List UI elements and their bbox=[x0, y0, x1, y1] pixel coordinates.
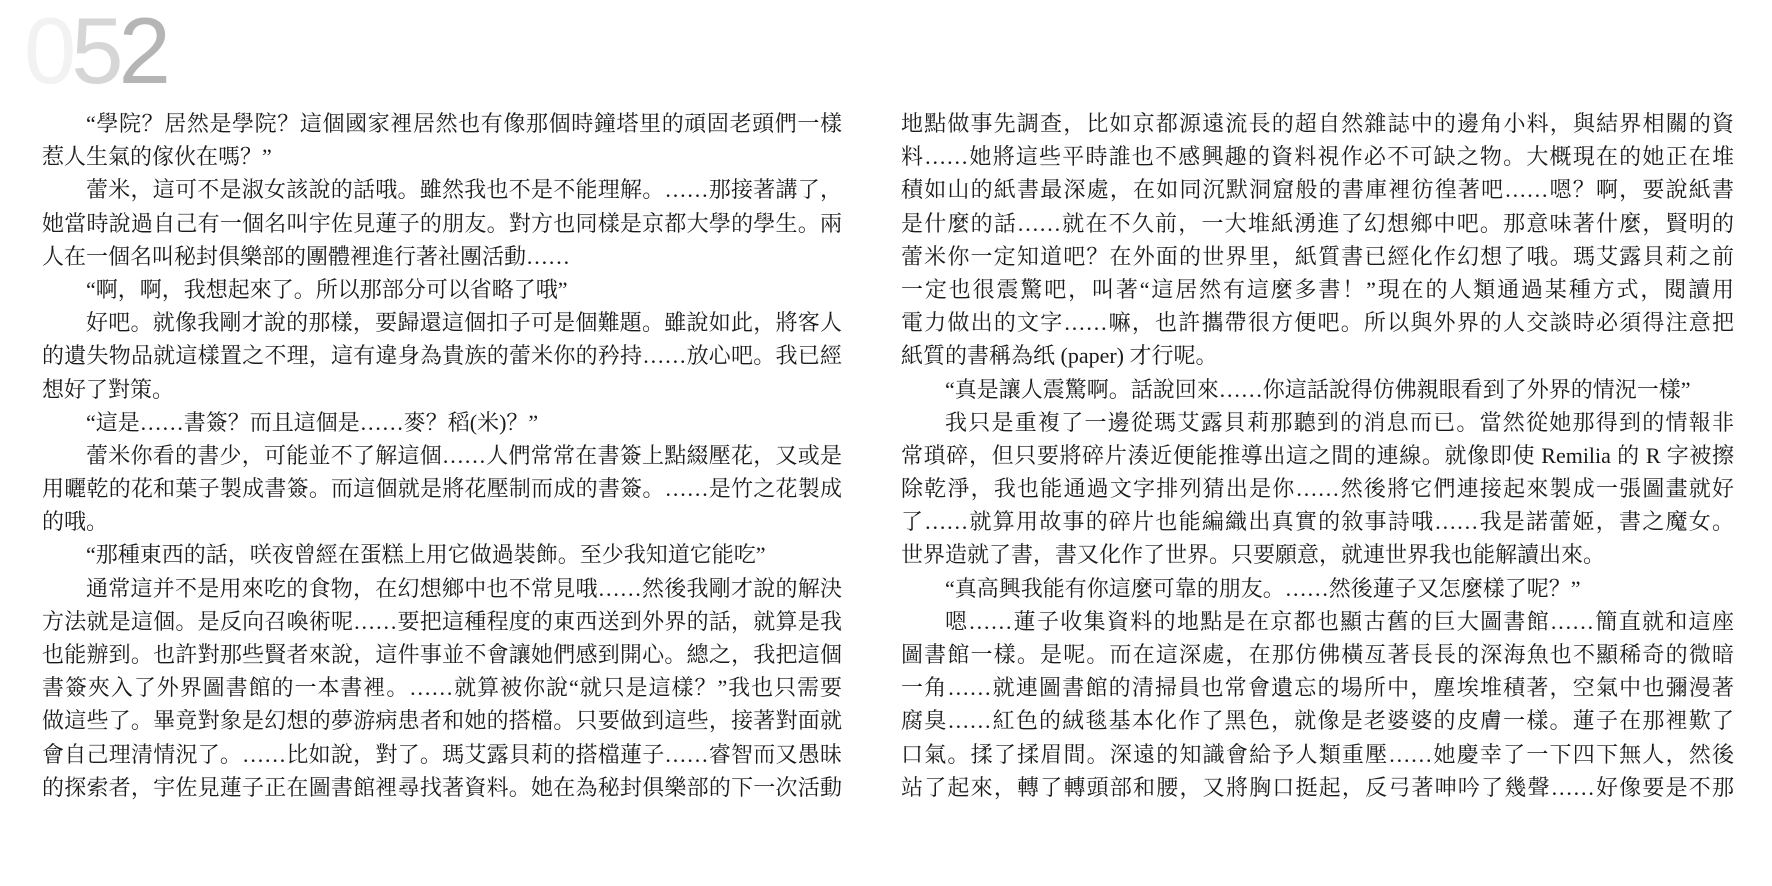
text-line: 圖書館一樣。是呢。而在這深處，在那仿佛橫亙著長長的深海魚也不顯稀奇的微暗 bbox=[901, 638, 1734, 671]
text-line: 也能辦到。也許對那些賢者來說，這件事並不會讓她們感到開心。總之，我把這個 bbox=[42, 638, 842, 671]
text-line: 料……她將這些平時誰也不感興趣的資料視作必不可缺之物。大概現在的她正在堆 bbox=[901, 140, 1734, 173]
text-line: 蕾米，這可不是淑女該說的話哦。雖然我也不是不能理解。……那接著講了， bbox=[42, 173, 842, 206]
text-line: 常瑣碎，但只要將碎片湊近便能推導出這之間的連線。就像即使 Remilia 的 R… bbox=[901, 439, 1734, 472]
text-line: 人在一個名叫秘封俱樂部的團體裡進行著社團活動…… bbox=[42, 240, 842, 273]
left-page-text: “學院？居然是學院？這個國家裡居然也有像那個時鐘塔里的頑固老頭們一樣惹人生氣的傢… bbox=[42, 107, 842, 804]
text-line: 通常這并不是用來吃的食物，在幻想鄉中也不常見哦……然後我剛才說的解決 bbox=[42, 572, 842, 605]
text-line: 方法就是這個。是反向召喚術呢……要把這種程度的東西送到外界的話，就算是我 bbox=[42, 605, 842, 638]
text-line: 世界造就了書，書又化作了世界。只要願意，就連世界我也能解讀出來。 bbox=[901, 538, 1734, 571]
text-line: 書簽夾入了外界圖書館的一本書裡。……就算被你說“就只是這樣？”我也只需要 bbox=[42, 671, 842, 704]
text-line: “這是……書簽？而且這個是……麥？稻(米)？” bbox=[42, 406, 842, 439]
text-line: 是什麼的話……就在不久前，一大堆紙湧進了幻想鄉中吧。那意味著什麼，賢明的 bbox=[901, 207, 1734, 240]
text-line: “學院？居然是學院？這個國家裡居然也有像那個時鐘塔里的頑固老頭們一樣 bbox=[42, 107, 842, 140]
text-line: 地點做事先調查，比如京都源遠流長的超自然雜誌中的邊角小料，與結界相關的資 bbox=[901, 107, 1734, 140]
text-line: “真高興我能有你這麼可靠的朋友。……然後蓮子又怎麼樣了呢？” bbox=[901, 572, 1734, 605]
text-line: 好吧。就像我剛才說的那樣，要歸還這個扣子可是個難題。雖說如此，將客人 bbox=[42, 306, 842, 339]
text-line: “真是讓人震驚啊。話說回來……你這話說得仿佛親眼看到了外界的情況一樣” bbox=[901, 373, 1734, 406]
text-line: 蕾米你看的書少，可能並不了解這個……人們常常在書簽上點綴壓花，又或是 bbox=[42, 439, 842, 472]
text-line: 我只是重複了一邊從瑪艾露貝莉那聽到的消息而已。當然從她那得到的情報非 bbox=[901, 406, 1734, 439]
page-number: 052 bbox=[24, 4, 166, 98]
text-line: 口氣。揉了揉眉間。深遠的知識會給予人類重壓……她慶幸了一下四下無人，然後 bbox=[901, 738, 1734, 771]
page-number-digit: 2 bbox=[119, 0, 166, 103]
text-line: “那種東西的話，咲夜曾經在蛋糕上用它做過裝飾。至少我知道它能吃” bbox=[42, 538, 842, 571]
text-line: 用曬乾的花和葉子製成書簽。而這個就是將花壓制而成的書簽。……是竹之花製成 bbox=[42, 472, 842, 505]
text-line: “啊，啊，我想起來了。所以那部分可以省略了哦” bbox=[42, 273, 842, 306]
page-number-digit: 5 bbox=[71, 0, 118, 103]
text-line: 電力做出的文字……嘛，也許攜帶很方便吧。所以與外界的人交談時必須得注意把 bbox=[901, 306, 1734, 339]
text-line: 的遺失物品就這樣置之不理，這有違身為貴族的蕾米你的矜持……放心吧。我已經 bbox=[42, 339, 842, 372]
text-line: 她當時說過自己有一個名叫宇佐見蓮子的朋友。對方也同樣是京都大學的學生。兩 bbox=[42, 207, 842, 240]
text-line: 做這些了。畢竟對象是幻想的夢游病患者和她的搭檔。只要做到這些，接著對面就 bbox=[42, 704, 842, 737]
right-page-text: 地點做事先調查，比如京都源遠流長的超自然雜誌中的邊角小料，與結界相關的資料……她… bbox=[901, 107, 1734, 804]
text-line: 嗯……蓮子收集資料的地點是在京都也顯古舊的巨大圖書館……簡直就和這座 bbox=[901, 605, 1734, 638]
text-line: 的哦。 bbox=[42, 505, 842, 538]
text-line: 想好了對策。 bbox=[42, 373, 842, 406]
text-line: 積如山的紙書最深處，在如同沉默洞窟般的書庫裡彷徨著吧……嗯？啊，要說紙書 bbox=[901, 173, 1734, 206]
text-line: 除乾淨，我也能通過文字排列猜出是你……然後將它們連接起來製成一張圖畫就好 bbox=[901, 472, 1734, 505]
text-line: 的探索者，宇佐見蓮子正在圖書館裡尋找著資料。她在為秘封俱樂部的下一次活動 bbox=[42, 771, 842, 804]
text-line: 會自己理清情況了。……比如說，對了。瑪艾露貝莉的搭檔蓮子……睿智而又愚昧 bbox=[42, 738, 842, 771]
text-line: 蕾米你一定知道吧？在外面的世界里，紙質書已經化作幻想了哦。瑪艾露貝莉之前 bbox=[901, 240, 1734, 273]
text-line: 一角……就連圖書館的清掃員也常會遺忘的場所中，塵埃堆積著，空氣中也彌漫著 bbox=[901, 671, 1734, 704]
text-line: 站了起來，轉了轉頭部和腰，又將胸口挺起，反弓著呻吟了幾聲……好像要是不那 bbox=[901, 771, 1734, 804]
text-line: 紙質的書稱為纸 (paper) 才行呢。 bbox=[901, 339, 1734, 372]
text-line: 惹人生氣的傢伙在嗎？” bbox=[42, 140, 842, 173]
page-number-digit: 0 bbox=[24, 0, 71, 103]
text-line: 一定也很震驚吧，叫著“這居然有這麼多書！”現在的人類通過某種方式，閱讀用 bbox=[901, 273, 1734, 306]
text-line: 腐臭……紅色的絨毯基本化作了黑色，就像是老婆婆的皮膚一樣。蓮子在那裡歎了 bbox=[901, 704, 1734, 737]
text-line: 了……就算用故事的碎片也能編織出真實的敘事詩哦……我是諾蕾姬，書之魔女。 bbox=[901, 505, 1734, 538]
